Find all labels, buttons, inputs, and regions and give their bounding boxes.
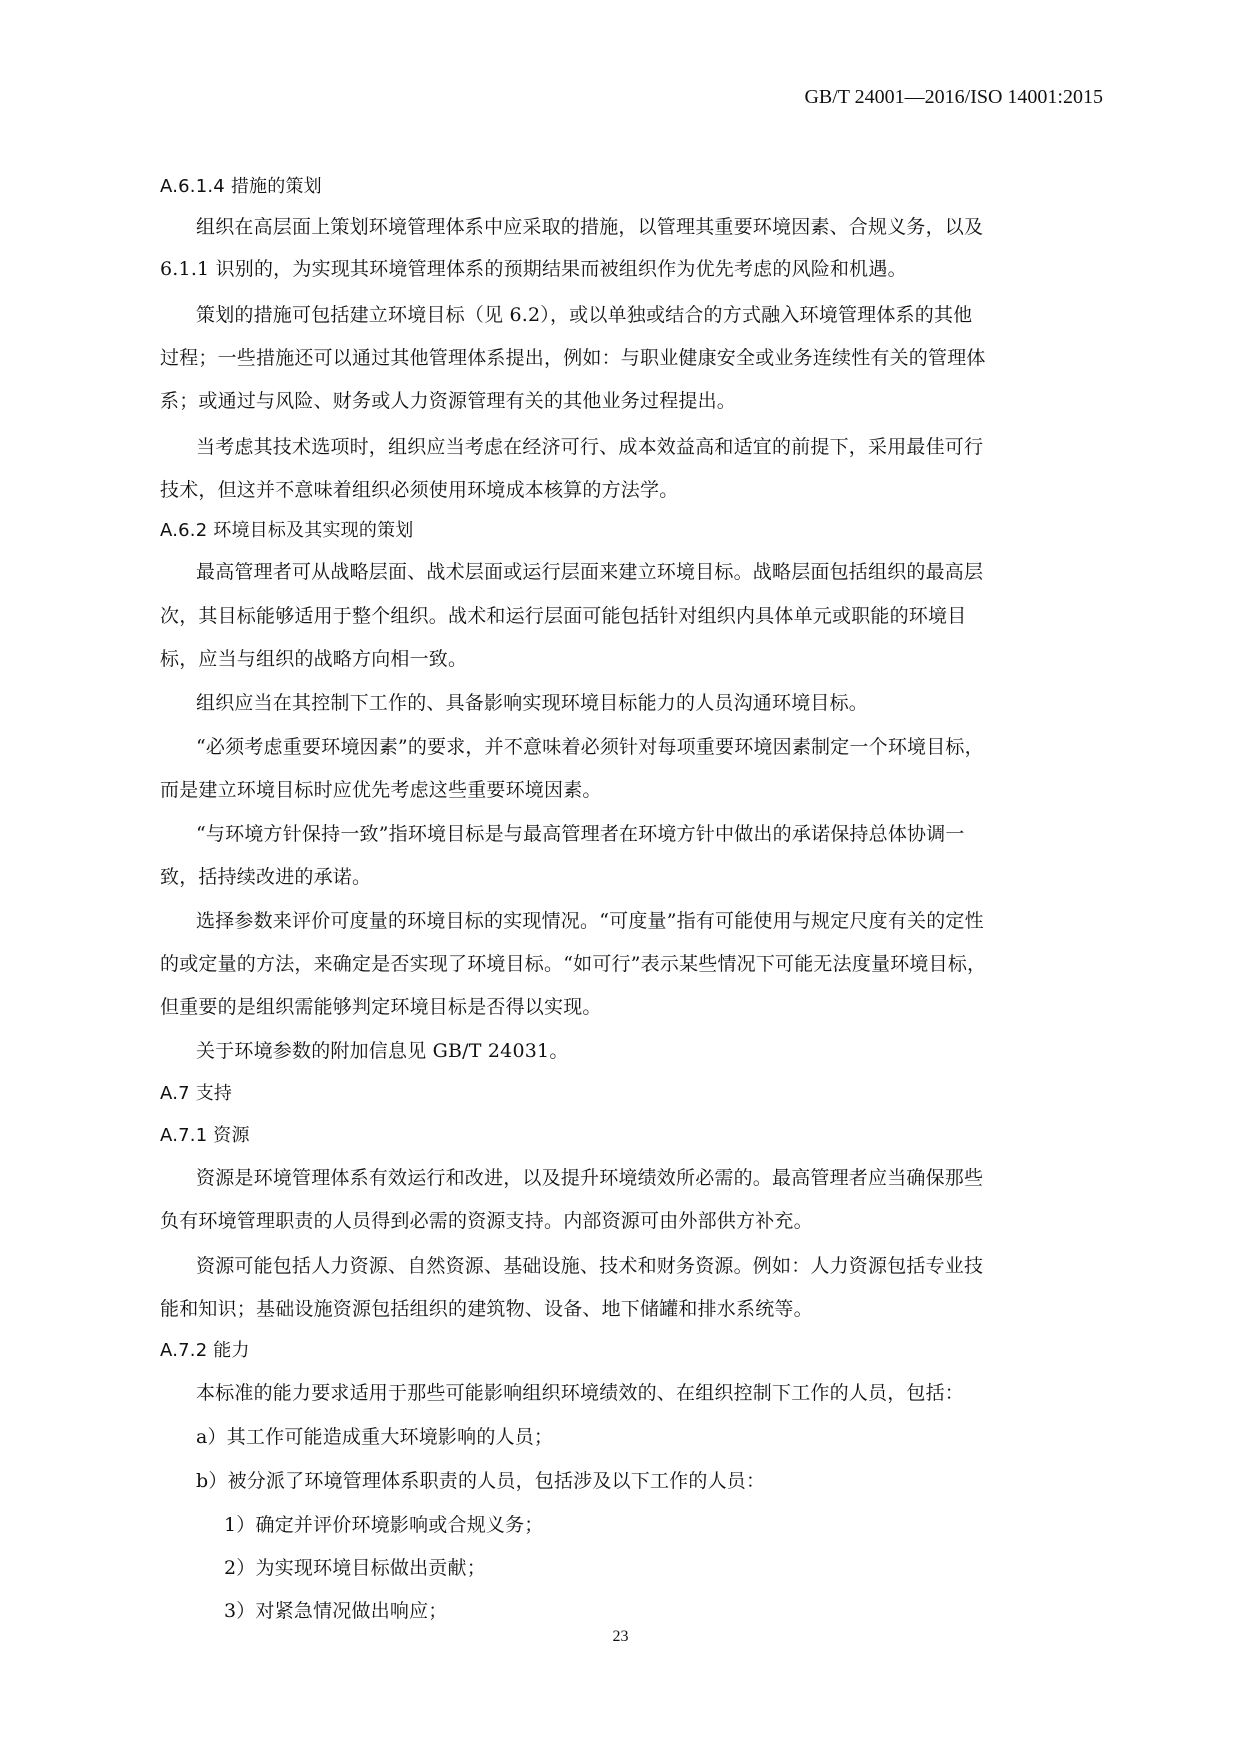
text-line: 过程；一些措施还可以通过其他管理体系提出，例如：与职业健康安全或业务连续性有关的… [160,343,986,370]
text-line: 标，应当与组织的战略方向相一致。 [160,644,467,671]
text-line: 2）为实现环境目标做出贡献； [224,1553,486,1580]
text-line: 3）对紧急情况做出响应； [224,1596,448,1623]
text-line: 本标准的能力要求适用于那些可能影响组织环境绩效的、在组织控制下工作的人员，包括： [196,1378,964,1405]
text-line: 资源是环境管理体系有效运行和改进，以及提升环境绩效所必需的。最高管理者应当确保那… [196,1163,983,1190]
text-line: 资源可能包括人力资源、自然资源、基础设施、技术和财务资源。例如：人力资源包括专业… [196,1251,983,1278]
text-line: 策划的措施可包括建立环境目标（见 6.2），或以单独或结合的方式融入环境管理体系… [196,300,972,327]
section-heading: A.6.2 环境目标及其实现的策划 [160,516,413,542]
section-heading: A.7.1 资源 [160,1121,250,1147]
text-line: “与环境方针保持一致”指环境目标是与最高管理者在环境方针中做出的承诺保持总体协调… [196,819,965,846]
page-number: 23 [0,1628,1241,1646]
section-heading: A.7.2 能力 [160,1336,250,1362]
text-line: 的或定量的方法，来确定是否实现了环境目标。“如可行”表示某些情况下可能无法度量环… [160,949,986,976]
text-line: 负有环境管理职责的人员得到必需的资源支持。内部资源可由外部供方补充。 [160,1206,813,1233]
standard-code-header: GB/T 24001—2016/ISO 14001:2015 [804,86,1103,109]
text-line: 6.1.1 识别的，为实现其环境管理体系的预期结果而被组织作为优先考虑的风险和机… [160,254,907,281]
text-line: 组织应当在其控制下工作的、具备影响实现环境目标能力的人员沟通环境目标。 [196,688,868,715]
text-line: 次，其目标能够适用于整个组织。战术和运行层面可能包括针对组织内具体单元或职能的环… [160,601,966,628]
text-line: b）被分派了环境管理体系职责的人员，包括涉及以下工作的人员： [196,1466,765,1493]
text-line: 但重要的是组织需能够判定环境目标是否得以实现。 [160,992,602,1019]
text-line: 选择参数来评价可度量的环境目标的实现情况。“可度量”指有可能使用与规定尺度有关的… [196,906,984,933]
text-line: 能和知识；基础设施资源包括组织的建筑物、设备、地下储罐和排水系统等。 [160,1294,813,1321]
text-line: 最高管理者可从战略层面、战术层面或运行层面来建立环境目标。战略层面包括组织的最高… [196,557,983,584]
text-line: 技术，但这并不意味着组织必须使用环境成本核算的方法学。 [160,475,678,502]
section-heading: A.6.1.4 措施的策划 [160,172,322,198]
text-line: 关于环境参数的附加信息见 GB/T 24031。 [196,1036,569,1063]
text-line: “必须考虑重要环境因素”的要求，并不意味着必须针对每项重要环境因素制定一个环境目… [196,732,984,759]
text-line: 当考虑其技术选项时，组织应当考虑在经济可行、成本效益高和适宜的前提下，采用最佳可… [196,432,983,459]
text-line: 而是建立环境目标时应优先考虑这些重要环境因素。 [160,775,602,802]
text-line: 1）确定并评价环境影响或合规义务； [224,1510,544,1537]
text-line: a）其工作可能造成重大环境影响的人员； [196,1422,553,1449]
text-line: 系；或通过与风险、财务或人力资源管理有关的其他业务过程提出。 [160,386,736,413]
document-page: GB/T 24001—2016/ISO 14001:2015 A.6.1.4 措… [0,0,1241,1755]
text-line: 组织在高层面上策划环境管理体系中应采取的措施，以管理其重要环境因素、合规义务，以… [196,212,983,239]
section-heading: A.7 支持 [160,1079,232,1105]
text-line: 致，括持续改进的承诺。 [160,862,371,889]
